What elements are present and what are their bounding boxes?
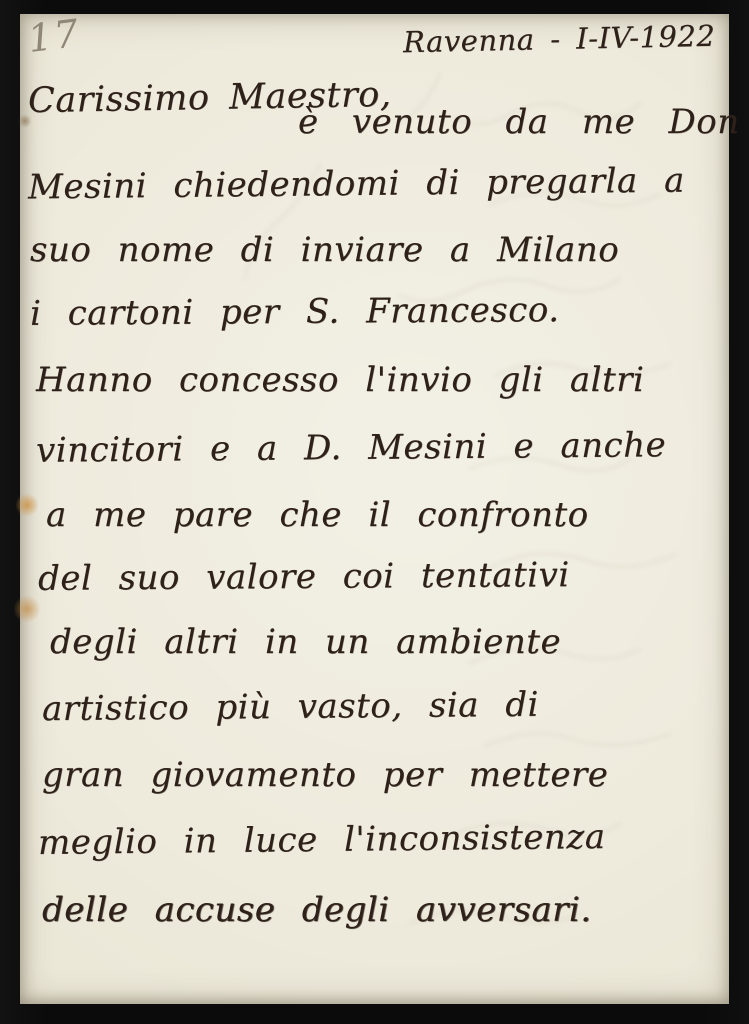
body-line: gran giovamento per mettere bbox=[42, 755, 608, 795]
body-line: delle accuse degli avversari. bbox=[42, 890, 592, 930]
body-line: suo nome di inviare a Milano bbox=[30, 230, 619, 270]
body-line: a me pare che il confronto bbox=[46, 495, 589, 535]
letter-page: 17 Ravenna - I-IV-1922 Carissimo Maestro… bbox=[20, 14, 729, 1004]
fox-stain bbox=[16, 492, 38, 518]
body-line: degli altri in un ambiente bbox=[50, 622, 561, 662]
body-line: Hanno concesso l'invio gli altri bbox=[36, 360, 644, 400]
body-line: i cartoni per S. Francesco. bbox=[30, 290, 560, 334]
body-line: vincitori e a D. Mesini e anche bbox=[36, 425, 666, 470]
body-line: Mesini chiedendomi di pregarla a bbox=[28, 161, 685, 208]
opening-line: è venuto da me Don bbox=[298, 102, 740, 142]
body-line: del suo valore coi tentativi bbox=[38, 555, 570, 599]
archival-page-number: 17 bbox=[26, 11, 83, 61]
dateline: Ravenna - I-IV-1922 bbox=[402, 19, 715, 60]
scanned-letter: 17 Ravenna - I-IV-1922 Carissimo Maestro… bbox=[0, 0, 749, 1024]
body-line: artistico più vasto, sia di bbox=[42, 685, 539, 729]
fox-stain bbox=[14, 594, 40, 624]
body-line: meglio in luce l'inconsistenza bbox=[38, 817, 606, 863]
